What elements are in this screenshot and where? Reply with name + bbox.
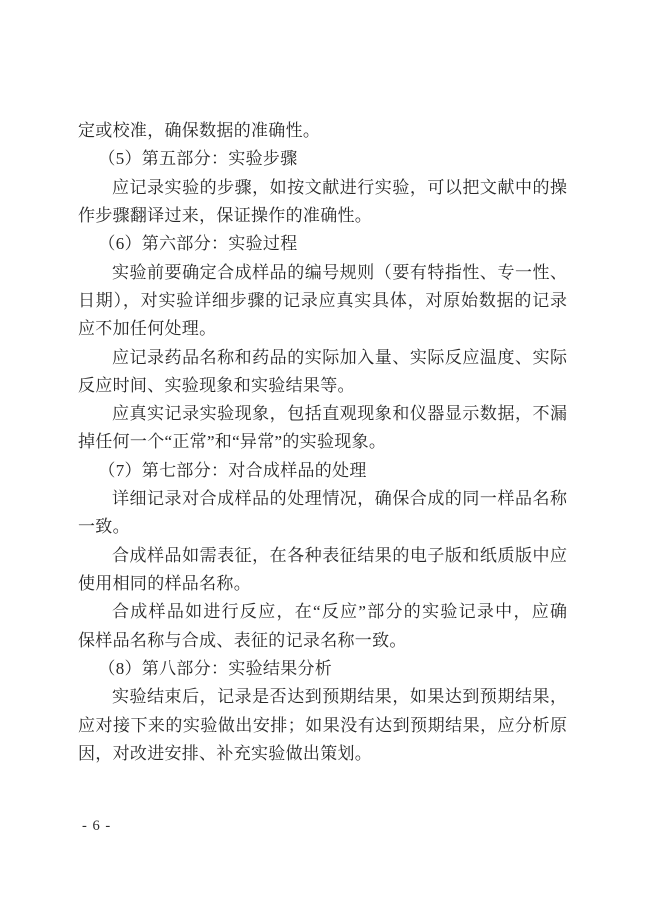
page-number: - 6 - [82,817,111,835]
body-text-line: 日期），对实验详细步骤的记录应真实具体，对原始数据的记录 [78,287,567,315]
body-text-line: 应不加任何处理。 [78,315,567,343]
body-text-line: 合成样品如需表征，在各种表征结果的电子版和纸质版中应 [78,542,567,570]
body-text-line: 保样品名称与合成、表征的记录名称一致。 [78,627,567,655]
body-text-block: 定或校准，确保数据的准确性。（5）第五部分：实验步骤应记录实验的步骤，如按文献进… [78,117,567,768]
body-text-line: 合成样品如进行反应，在“反应”部分的实验记录中，应确 [78,598,567,626]
body-text-line: 详细记录对合成样品的处理情况，确保合成的同一样品名称 [78,485,567,513]
body-text-line: 应记录药品名称和药品的实际加入量、实际反应温度、实际 [78,344,567,372]
body-text-line: 因，对改进安排、补充实验做出策划。 [78,740,567,768]
section-heading-line: （8）第八部分：实验结果分析 [78,655,567,683]
body-text-line: 反应时间、实验现象和实验结果等。 [78,372,567,400]
body-text-line: 定或校准，确保数据的准确性。 [78,117,567,145]
document-page: 定或校准，确保数据的准确性。（5）第五部分：实验步骤应记录实验的步骤，如按文献进… [0,0,650,919]
body-text-line: 实验前要确定合成样品的编号规则（要有特指性、专一性、 [78,259,567,287]
section-heading-line: （6）第六部分：实验过程 [78,230,567,258]
body-text-line: 应真实记录实验现象，包括直观现象和仪器显示数据，不漏 [78,400,567,428]
body-text-line: 应记录实验的步骤，如按文献进行实验，可以把文献中的操 [78,174,567,202]
body-text-line: 应对接下来的实验做出安排；如果没有达到预期结果，应分析原 [78,712,567,740]
body-text-line: 一致。 [78,513,567,541]
body-text-line: 掉任何一个“正常”和“异常”的实验现象。 [78,428,567,456]
body-text-line: 使用相同的样品名称。 [78,570,567,598]
body-text-line: 实验结束后，记录是否达到预期结果，如果达到预期结果， [78,683,567,711]
section-heading-line: （5）第五部分：实验步骤 [78,145,567,173]
body-text-line: 作步骤翻译过来，保证操作的准确性。 [78,202,567,230]
section-heading-line: （7）第七部分：对合成样品的处理 [78,457,567,485]
